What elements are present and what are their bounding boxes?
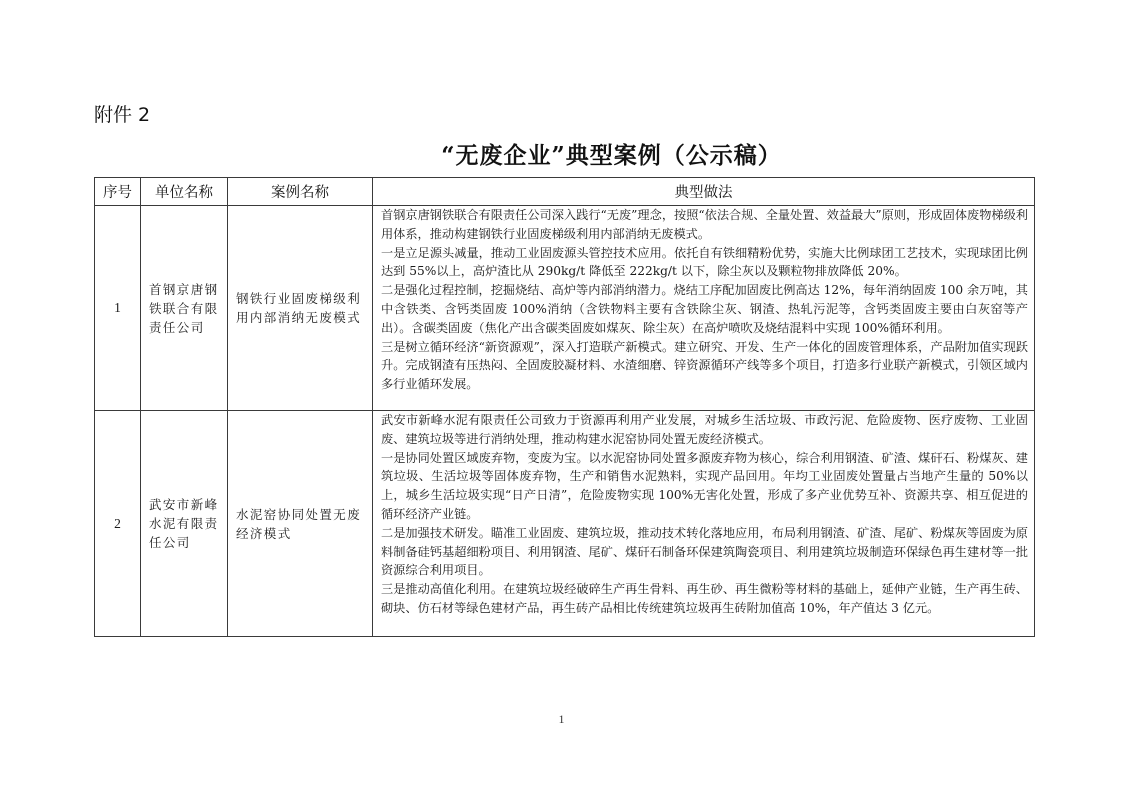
practice-paragraph-2: 二是强化过程控制，挖掘烧结、高炉等内部消纳潜力。烧结工序配加固废比例高达 12%…	[373, 281, 1034, 337]
cell-typical-practice: 首钢京唐钢铁联合有限责任公司深入践行“无废”理念，按照“依法合规、全量处置、效益…	[373, 206, 1035, 411]
cell-serial-number: 1	[95, 206, 141, 411]
case-table: 序号 单位名称 案例名称 典型做法 1 首钢京唐钢铁联合有限责任公司 钢铁行业固…	[94, 177, 1035, 637]
practice-paragraph-3: 三是推动高值化利用。在建筑垃圾经破碎生产再生骨料、再生砂、再生微粉等材料的基础上…	[373, 580, 1034, 618]
case-name-text: 水泥窑协同处置无废经济模式	[228, 505, 372, 543]
table-row: 2 武安市新峰水泥有限责任公司 水泥窑协同处置无废经济模式 武安市新峰水泥有限责…	[95, 411, 1035, 637]
header-typical-practice: 典型做法	[373, 178, 1035, 206]
header-unit-name: 单位名称	[141, 178, 228, 206]
header-case-name: 案例名称	[228, 178, 373, 206]
cell-serial-number: 2	[95, 411, 141, 637]
practice-paragraph-intro: 首钢京唐钢铁联合有限责任公司深入践行“无废”理念，按照“依法合规、全量处置、效益…	[373, 206, 1034, 244]
table-row: 1 首钢京唐钢铁联合有限责任公司 钢铁行业固废梯级利用内部消纳无废模式 首钢京唐…	[95, 206, 1035, 411]
practice-paragraph-1: 一是协同处置区域废弃物，变废为宝。以水泥窑协同处置多源废弃物为核心，综合利用钢渣…	[373, 449, 1034, 524]
attachment-label: 附件 2	[94, 102, 150, 128]
cell-case-name: 水泥窑协同处置无废经济模式	[228, 411, 373, 637]
header-serial-number: 序号	[95, 178, 141, 206]
practice-paragraph-1: 一是立足源头减量，推动工业固废源头管控技术应用。依托自有铁细精粉优势，实施大比例…	[373, 244, 1034, 282]
page-number: 1	[0, 712, 1123, 727]
document-title-container: “无废企业”典型案例（公示稿）	[0, 140, 1123, 172]
unit-name-text: 首钢京唐钢铁联合有限责任公司	[141, 280, 227, 337]
practice-paragraph-intro: 武安市新峰水泥有限责任公司致力于资源再利用产业发展，对城乡生活垃圾、市政污泥、危…	[373, 411, 1034, 449]
cell-unit-name: 首钢京唐钢铁联合有限责任公司	[141, 206, 228, 411]
case-name-text: 钢铁行业固废梯级利用内部消纳无废模式	[228, 289, 372, 327]
cell-unit-name: 武安市新峰水泥有限责任公司	[141, 411, 228, 637]
practice-paragraph-3: 三是树立循环经济“新资源观”，深入打造联产新模式。建立研究、开发、生产一体化的固…	[373, 338, 1034, 394]
unit-name-text: 武安市新峰水泥有限责任公司	[141, 495, 227, 552]
document-title: “无废企业”典型案例（公示稿）	[441, 140, 781, 172]
practice-paragraph-2: 二是加强技术研发。瞄准工业固废、建筑垃圾，推动技术转化落地应用，布局利用钢渣、矿…	[373, 524, 1034, 580]
cell-case-name: 钢铁行业固废梯级利用内部消纳无废模式	[228, 206, 373, 411]
cell-typical-practice: 武安市新峰水泥有限责任公司致力于资源再利用产业发展，对城乡生活垃圾、市政污泥、危…	[373, 411, 1035, 637]
table-header-row: 序号 单位名称 案例名称 典型做法	[95, 178, 1035, 206]
